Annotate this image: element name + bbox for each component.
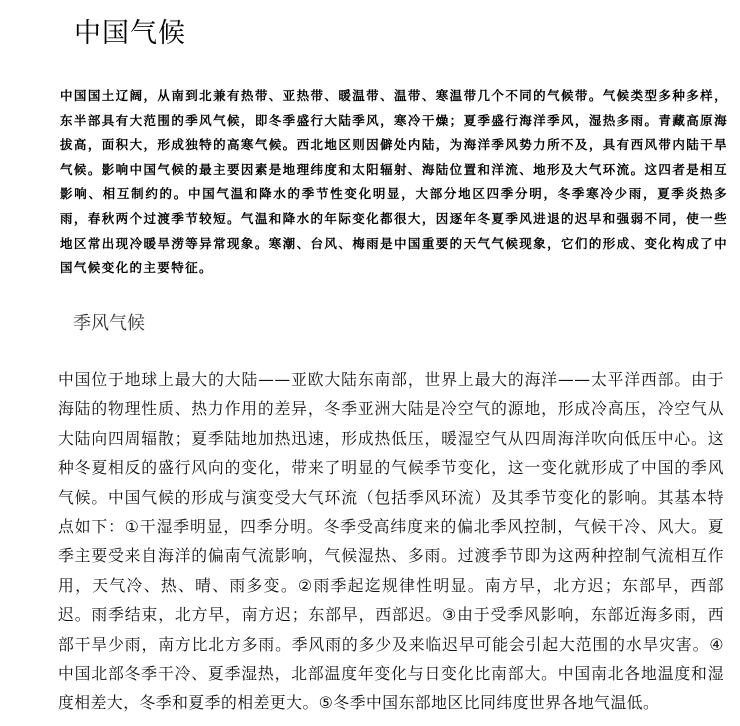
intro-paragraph: 中国国土辽阔，从南到北兼有热带、亚热带、暖温带、温带、寒温带几个不同的气候带。气… (60, 84, 728, 281)
monsoon-climate-paragraph: 中国位于地球上最大的大陆——亚欧大陆东南部，世界上最大的海洋——太平洋西部。由于… (58, 365, 724, 718)
page-title: 中国气候 (74, 16, 186, 52)
section-heading-monsoon-climate: 季风气候 (73, 310, 145, 338)
